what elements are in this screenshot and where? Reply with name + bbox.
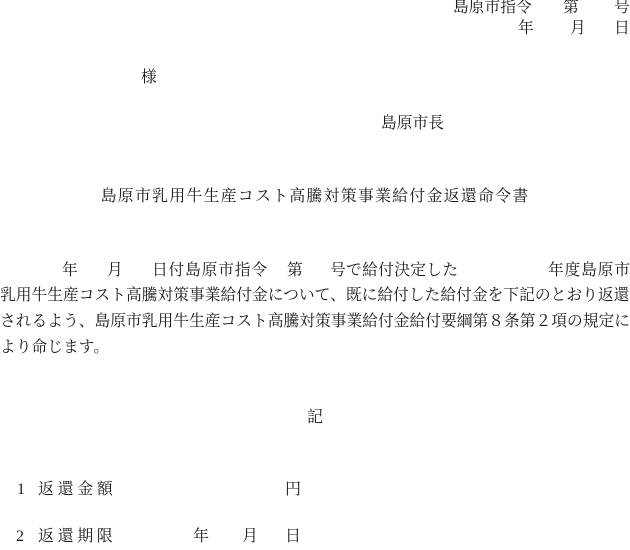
body-line-2: 乳用牛生産コスト高騰対策事業給付金について、既に給付した給付金を下記のとおり返還 [0, 288, 630, 304]
item-2-label: 返還期限 [38, 529, 116, 545]
day-label: 日 [614, 21, 630, 37]
recipient-honorific: 様 [141, 70, 157, 86]
document-title: 島原市乳用牛生産コスト高騰対策事業給付金返還命令書 [0, 189, 630, 205]
body-no-prefix-label: 第 [287, 263, 303, 279]
deadline-day-label: 日 [285, 529, 301, 545]
item-1-number: 1 [17, 482, 25, 498]
directive-no-prefix-label: 第 [563, 0, 579, 16]
body-line-1: 年 月 日付島原市指令 第 号で給付決定した 年度島原市 [0, 263, 630, 281]
item-1-label: 返還金額 [38, 482, 116, 498]
body-line-3: されるよう、島原市乳用牛生産コスト高騰対策事業給付金給付要綱第８条第２項の規定に [0, 314, 630, 330]
document-page: 島原市指令 第 号 年 月 日 様 島原市長 島原市乳用牛生産コスト高騰対策事業… [0, 0, 630, 550]
body-no-suffix-text: 号で給付決定した [330, 263, 458, 279]
body-date-issuer-text: 日付島原市指令 [152, 263, 268, 279]
ki-marker: 記 [0, 410, 630, 426]
directive-no-suffix-label: 号 [614, 0, 630, 16]
body-year-label: 年 [62, 263, 78, 279]
body-month-label: 月 [107, 263, 123, 279]
deadline-year-label: 年 [193, 529, 209, 545]
item-return-amount: 1 返還金額 円 [0, 482, 630, 500]
deadline-month-label: 月 [242, 529, 258, 545]
body-line-4: より命じます。 [0, 340, 109, 356]
body-fiscal-city-text: 年度島原市 [548, 263, 630, 279]
directive-number-line: 島原市指令 第 号 [0, 0, 630, 18]
item-return-deadline: 2 返還期限 年 月 日 [0, 529, 630, 547]
issue-date-line: 年 月 日 [0, 21, 630, 39]
yen-unit-label: 円 [285, 482, 301, 498]
directive-issuer-label: 島原市指令 [453, 0, 532, 16]
year-label: 年 [518, 21, 534, 37]
month-label: 月 [570, 21, 586, 37]
item-2-number: 2 [16, 529, 24, 545]
sender-title: 島原市長 [381, 116, 444, 132]
